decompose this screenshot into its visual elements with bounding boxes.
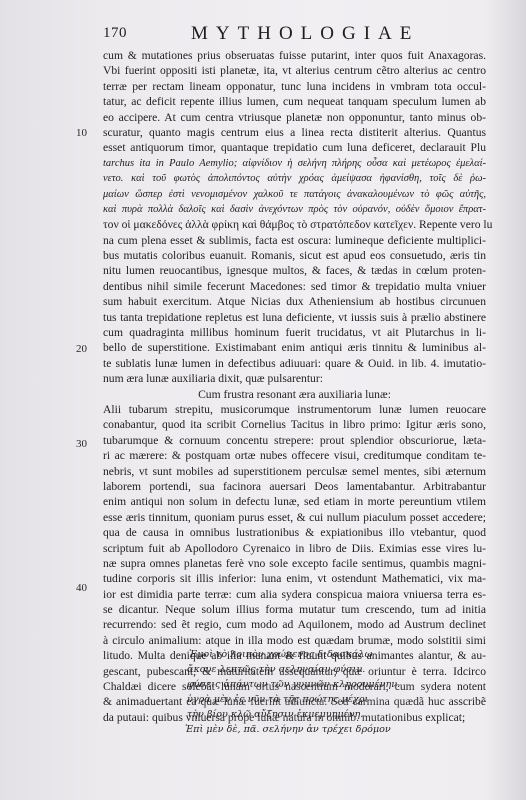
verse-line: ἄκουε λεπτῶς τὴν σεληναίαν φύσιν.	[185, 662, 385, 677]
text-line: sum habuit exercitum. Atque Nicias dux A…	[103, 294, 486, 309]
verse-line: ὑγρὰ μὲν ἐς νῦν τὰ τῆς πρώτης μέχρι	[185, 692, 385, 707]
text-line: num æra lunæ auxiliaria dixit, quæ pulsa…	[103, 371, 486, 386]
text-line: se dicantur. Neque solum illius forma mu…	[103, 602, 486, 617]
text-line: enim antiqui non solum in defectu lunæ, …	[103, 494, 486, 509]
text-line: Alii tubarum strepitu, musicorumque inst…	[103, 402, 486, 417]
text-line: na cum plena esset & sublimis, facta est…	[103, 233, 486, 248]
text-line: næ supra omnes planetas ferè vno sole ex…	[103, 556, 486, 571]
text-line: conabantur, quod ita scribit Cornelius T…	[103, 417, 486, 432]
text-line: ior est dimidia parte terræ: cum alia sy…	[103, 587, 486, 602]
text-line: tarchus ita in Paulo Aemylio; αἰφνίδιον …	[103, 156, 486, 171]
text-line: à circulo animalium: atque in illa modo …	[103, 633, 486, 648]
text-line: bus mutatis coloribus euanuit. Romanis, …	[103, 248, 486, 263]
text-line: qua de causa in omnibus lustrationibus &…	[103, 525, 486, 540]
verse-line: Ἐπὶ μὲν δὲ, πᾶ. σελήνην ἀν τρέχει δρόμον	[185, 722, 385, 737]
text-line: ri ac mærere: & postquam ortæ nubes offe…	[103, 448, 486, 463]
text-line: esse æris tinnitum, quoniam purus esset,…	[103, 510, 486, 525]
text-line: bello de superstitione. Existimabant eni…	[103, 340, 486, 355]
text-line: tubarumque & cornuum concentu strepere: …	[103, 433, 486, 448]
text-line: laborem portendi, sua facinora auersari …	[103, 479, 486, 494]
running-title: MYTHOLOGIAE	[191, 23, 419, 45]
text-line: Cum frustra resonant æra auxiliaria lunæ…	[103, 387, 486, 402]
text-line: nebris, vt sunt mobiles ad superstitione…	[103, 464, 486, 479]
text-line: cum & mutationes prius obseruatas fuisse…	[103, 48, 486, 63]
text-line: καὶ πυρὰ πολλὰ δαλοῖς καὶ δασὶν ἀνεχόντω…	[103, 202, 486, 217]
page-number: 170	[103, 25, 127, 42]
verse-line: φύσεις ἁπάντων τῶν γυμνῶν κληρουμένην.	[185, 677, 385, 692]
text-line: scriptum fuit ab Apollodoro Cyrenaico in…	[103, 541, 486, 556]
text-line: te sublatis lunæ lumen in defectibus adi…	[103, 356, 486, 371]
verse-line: τὴν βίου κλῶ αὔξησιν ἐκμεμυημένη.	[185, 707, 385, 722]
text-line: eo accipere. At cum centra vtriusque pla…	[103, 110, 486, 125]
text-line: tus tanta trepidatione repletus est luna…	[103, 310, 486, 325]
margin-line-number: 30	[76, 438, 87, 450]
greek-verse-block: Ἐμοὶ τὸ λοιπὸν χρώμενος διδασκάλῳἄκουε λ…	[185, 647, 385, 738]
verse-line: Ἐμοὶ τὸ λοιπὸν χρώμενος διδασκάλῳ	[185, 647, 385, 662]
text-line: tatur, ac deficit repente illius lumen, …	[103, 94, 486, 109]
text-line: cum quadraginta millibus hominum fuerit …	[103, 325, 486, 340]
text-line: terræ per rectam lineam opponatur, tunc …	[103, 79, 486, 94]
text-line: tudine corporis sit illis inferior: luna…	[103, 571, 486, 586]
text-line: scuratur, quanto magis centrum eius a li…	[103, 125, 486, 140]
text-line: dentibus nihil simile fecerunt Macedones…	[103, 279, 486, 294]
margin-line-number: 20	[76, 343, 87, 355]
body-text: cum & mutationes prius obseruatas fuisse…	[103, 48, 486, 725]
margin-line-number: 40	[76, 582, 87, 594]
book-page: 170 MYTHOLOGIAE 10203040 cum & mutatione…	[0, 0, 526, 800]
text-line: μαίων ὥσπερ ἐστὶ νενομισμένον χαλκοῦ τε …	[103, 187, 486, 202]
text-line: nitu lumen reuocantibus, ignesque multos…	[103, 263, 486, 278]
text-line: τον οἱ μακεδόνες ἀλλὰ φρίκη καὶ θάμβος τ…	[103, 217, 486, 232]
text-line: νετο. καὶ τοῦ φωτὸς ἀπολιπόντος αὐτὴν χρ…	[103, 171, 486, 186]
text-line: esset antiquorum timor, quantaque trepid…	[103, 140, 486, 155]
margin-line-number: 10	[76, 127, 87, 139]
page-header: 170 MYTHOLOGIAE	[103, 25, 483, 45]
text-line: recurrendo: sed ẽt regio, cum modo ad Aq…	[103, 617, 486, 632]
text-line: Vbi fuerint oppositi isti planetæ, ita, …	[103, 63, 486, 78]
